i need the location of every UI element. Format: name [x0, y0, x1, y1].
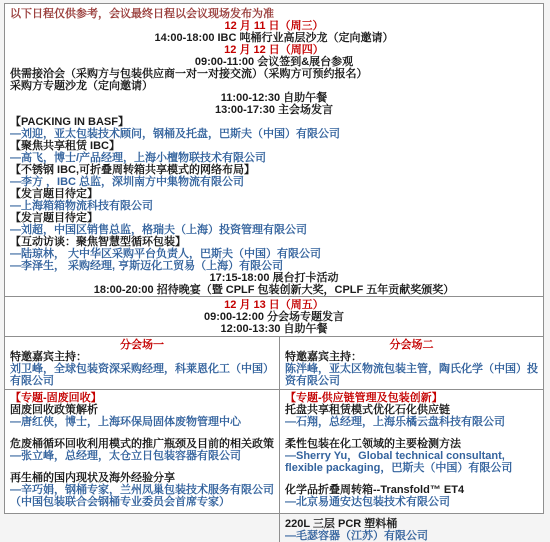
day1-event-ibc-salon: 14:00-18:00 IBC 吨桶行业高层沙龙（定向邀请）: [5, 32, 543, 44]
day2-match-meeting: 供需接洽会（采购方与包装供应商一对一对接交流）（采购方可预约报名）: [5, 68, 543, 80]
talk-speaker: —Sherry Yu，Global technical consultant, …: [285, 450, 538, 474]
day2-buyer-salon: 采购方专题沙龙（定向邀请）: [5, 80, 543, 92]
talk-title: 固废回收政策解析: [10, 404, 274, 416]
disclaimer-text: 以下日程仅供参考，会议最终日程以会议现场发布为准: [5, 8, 543, 20]
session1-host-block: 特邀嘉宾主持： 刘卫峰，全球包装资深采购经理，科莱恩化工（中国）有限公司: [5, 351, 279, 390]
talk-speaker: —刘迎，亚太包装技术顾问，钢桶及托盘，巴斯夫（中国）有限公司: [5, 128, 543, 140]
talk-speaker: —高飞，博士/产品经理，上海小檀物联技术有限公司: [5, 152, 543, 164]
day2-checkin-activity: 17:15-18:00 展台打卡活动: [5, 272, 543, 284]
talk-block: 柔性包装在化工领域的主要检测方法 —Sherry Yu，Global techn…: [285, 438, 538, 474]
talk-title: 化学品折叠周转箱--Transfold™ ET4: [285, 484, 538, 496]
talk-title: 【PACKING IN BASF】: [5, 116, 543, 128]
talk-speaker: —李泽生， 采购经理, 亨斯迈化工贸易（上海）有限公司: [5, 260, 543, 272]
agenda-document: 以下日程仅供参考，会议最终日程以会议现场发布为准 12 月 11 日（周三） 1…: [4, 3, 544, 514]
talk-title: 220L 三层 PCR 塑料桶: [285, 518, 538, 522]
talk-speaker: —北京易通安达包装技术有限公司: [285, 496, 538, 508]
day2-banquet: 18:00-20:00 招待晚宴（暨 CPLF 包装创新大奖，CPLF 五年贡献…: [5, 284, 543, 296]
day3-lunch: 12:00-13:30 自助午餐: [5, 323, 543, 335]
talk-speaker: —刘超，中国区销售总监，格瑞夫（上海）投资管理有限公司: [5, 224, 543, 236]
day2-lunch: 11:00-12:30 自助午餐: [5, 92, 543, 104]
talk-speaker: —辛巧娟，钢桶专家，兰州凤巢包装技术服务有限公司（中国包装联合会钢桶专业委员会首…: [10, 484, 274, 508]
talk-speaker: —张立峰，总经理，太仓立日包装容器有限公司: [10, 450, 274, 462]
session1-topic-header: 【专题-固废回收】: [10, 392, 274, 404]
section-day3-header: 12 月 13 日（周五） 09:00-12:00 分会场专题发言 12:00-…: [5, 296, 543, 336]
host-label: 特邀嘉宾主持：: [10, 351, 274, 363]
session2-topic-header: 【专题-供应链管理及包装创新】: [285, 392, 538, 404]
section-day1-day2: 以下日程仅供参考，会议最终日程以会议现场发布为准 12 月 11 日（周三） 1…: [5, 4, 543, 296]
talk-title: 【不锈钢 IBC,可折叠周转箱共享模式的网络布局】: [5, 164, 543, 176]
session2-host-block: 特邀嘉宾主持： 陈泮峰，亚太区物流包装主管，陶氏化学（中国）投资有限公司: [279, 351, 543, 390]
talk-block: 危废桶循环回收利用模式的推广瓶颈及目前的相关政策 —张立峰，总经理，太仓立日包装…: [10, 438, 274, 462]
talk-title: 【发言题目待定】: [5, 212, 543, 224]
talk-block: 220L 三层 PCR 塑料桶 —毛瑟容器（江苏）有限公司: [285, 518, 538, 522]
host-speaker: 陈泮峰，亚太区物流包装主管，陶氏化学（中国）投资有限公司: [285, 363, 538, 387]
talk-block: 化学品折叠周转箱--Transfold™ ET4 —北京易通安达包装技术有限公司: [285, 484, 538, 508]
talk-title: 危废桶循环回收利用模式的推广瓶颈及目前的相关政策: [10, 438, 274, 450]
talk-title: 【发言题目待定】: [5, 188, 543, 200]
talk-title: 【聚焦共享租赁 IBC】: [5, 140, 543, 152]
talk-speaker: —石翔，总经理，上海乐橘云盘科技有限公司: [285, 416, 538, 428]
day2-main-session: 13:00-17:30 主会场发言: [5, 104, 543, 116]
host-label: 特邀嘉宾主持：: [285, 351, 538, 363]
talk-block: 固废回收政策解析 —唐红侠，博士，上海环保局固体废物管理中心: [10, 404, 274, 428]
day1-date-header: 12 月 11 日（周三）: [5, 20, 543, 32]
talk-title: 【互动访谈：聚焦智慧型循环包装】: [5, 236, 543, 248]
session1-content: 【专题-固废回收】 固废回收政策解析 —唐红侠，博士，上海环保局固体废物管理中心…: [5, 390, 279, 522]
section-breakout-sessions: 分会场一 分会场二 特邀嘉宾主持： 刘卫峰，全球包装资深采购经理，科莱恩化工（中…: [5, 336, 543, 522]
talk-block: 再生桶的国内现状及海外经验分享 —辛巧娟，钢桶专家，兰州凤巢包装技术服务有限公司…: [10, 472, 274, 508]
session2-header: 分会场二: [279, 337, 543, 351]
talk-speaker: —陆琼林， 大中华区采购平台负责人，巴斯夫（中国）有限公司: [5, 248, 543, 260]
talk-title: 托盘共享租赁模式优化石化供应链: [285, 404, 538, 416]
talk-block: 托盘共享租赁模式优化石化供应链 —石翔，总经理，上海乐橘云盘科技有限公司: [285, 404, 538, 428]
talk-title: 再生桶的国内现状及海外经验分享: [10, 472, 274, 484]
day2-date-header: 12 月 12 日（周四）: [5, 44, 543, 56]
day2-signin: 09:00-11:00 会议签到&展台参观: [5, 56, 543, 68]
session1-header: 分会场一: [5, 337, 279, 351]
day3-date-header: 12 月 13 日（周五）: [5, 299, 543, 311]
talk-speaker: —上海箱箱物流科技有限公司: [5, 200, 543, 212]
talk-speaker: —李方 ，IBC 总监，深圳南方中集物流有限公司: [5, 176, 543, 188]
talk-title: 柔性包装在化工领域的主要检测方法: [285, 438, 538, 450]
day3-breakout: 09:00-12:00 分会场专题发言: [5, 311, 543, 323]
talk-speaker: —唐红侠，博士，上海环保局固体废物管理中心: [10, 416, 274, 428]
session2-content: 【专题-供应链管理及包装创新】 托盘共享租赁模式优化石化供应链 —石翔，总经理，…: [279, 390, 543, 522]
host-speaker: 刘卫峰，全球包装资深采购经理，科莱恩化工（中国）有限公司: [10, 363, 274, 387]
